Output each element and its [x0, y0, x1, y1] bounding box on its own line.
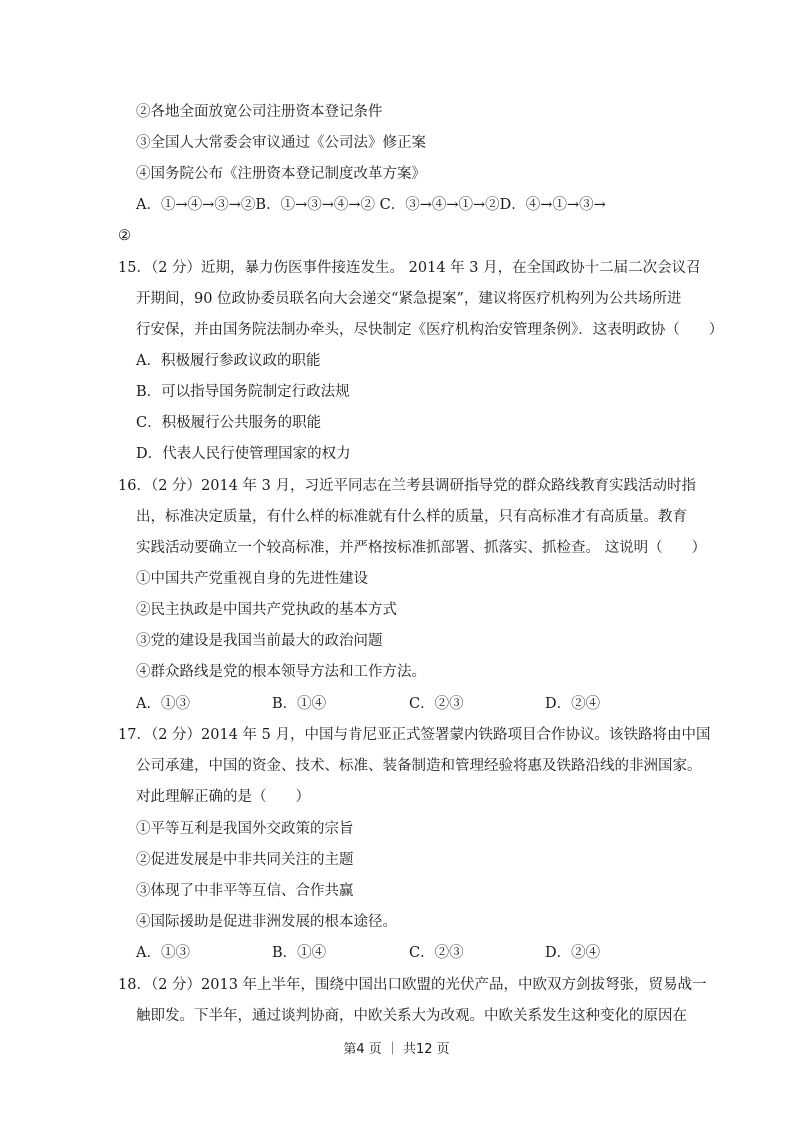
q16-item-4: ④群众路线是党的根本领导方法和工作方法。 — [136, 662, 426, 682]
q17-option-a[interactable]: A．①③ — [136, 943, 190, 963]
q16-option-c[interactable]: C．②③ — [409, 694, 464, 714]
q14-options-wrap: ② — [118, 226, 131, 246]
q18-stem-line-2: 触即发。下半年，通过谈判协商，中欧关系大为改观。中欧关系发生这种变化的原因在 — [136, 1006, 675, 1026]
q17-option-d[interactable]: D．②④ — [545, 943, 600, 963]
q14-item-4: ④国务院公布《注册资本登记制度改革方案》 — [136, 164, 426, 184]
q15-option-a[interactable]: A．积极履行参政议政的职能 — [136, 351, 320, 371]
q17-item-1: ①平等互利是我国外交政策的宗旨 — [136, 819, 354, 839]
q15-stem-line-2: 开期间，90 位政协委员联名向大会递交“紧急提案”，建议将医疗机构列为公共场所进 — [136, 289, 675, 309]
q16-item-3: ③党的建设是我国当前最大的政治问题 — [136, 631, 383, 651]
q17-item-4: ④国际援助是促进非洲发展的根本途径。 — [136, 912, 397, 932]
q16-option-d[interactable]: D．②④ — [545, 694, 600, 714]
q17-item-3: ③体现了中非平等互信、合作共赢 — [136, 881, 354, 901]
page-footer: 第4 页 ｜ 共12 页 — [0, 1038, 793, 1057]
q16-stem-line-2: 出，标准决定质量，有什么样的标准就有什么样的质量，只有高标准才有高质量。教育 — [136, 507, 675, 527]
q16-option-a[interactable]: A．①③ — [136, 694, 190, 714]
q16-item-1: ①中国共产党重视自身的先进性建设 — [136, 569, 368, 589]
q14-item-2: ②各地全面放宽公司注册资本登记条件 — [136, 102, 383, 122]
q15-option-b[interactable]: B．可以指导国务院制定行政法规 — [136, 382, 350, 402]
q17-option-c[interactable]: C．②③ — [409, 943, 464, 963]
q15-stem-line-1: 15．（2 分）近期，暴力伤医事件接连发生。 2014 年 3 月，在全国政协十… — [118, 258, 675, 278]
q14-options: A．①→④→③→②B．①→③→④→② C．③→④→①→②D．④→①→③→ — [136, 195, 606, 215]
q16-stem-line-3: 实践活动要确立一个较高标准，并严格按标准抓部署、抓落实、抓检查。 这说明（ ） — [136, 538, 675, 558]
q16-stem-line-1: 16．（2 分）2014 年 3 月，习近平同志在兰考县调研指导党的群众路线教育… — [118, 476, 675, 496]
q16-option-b[interactable]: B．①④ — [272, 694, 326, 714]
q17-option-b[interactable]: B．①④ — [272, 943, 326, 963]
q17-stem-line-2: 公司承建，中国的资金、技术、标准、装备制造和管理经验将惠及铁路沿线的非洲国家。 — [136, 756, 675, 776]
q15-option-d[interactable]: D．代表人民行使管理国家的权力 — [136, 444, 351, 464]
q16-item-2: ②民主执政是中国共产党执政的基本方式 — [136, 600, 397, 620]
q17-stem-line-1: 17．（2 分）2014 年 5 月，中国与肯尼亚正式签署蒙内铁路项目合作协议。… — [118, 725, 675, 745]
q17-item-2: ②促进发展是中非共同关注的主题 — [136, 850, 354, 870]
q14-item-3: ③全国人大常委会审议通过《公司法》修正案 — [136, 133, 426, 153]
q15-stem-line-3: 行安保，并由国务院法制办牵头，尽快制定《医疗机构治安管理条例》．这表明政协（ ） — [136, 320, 675, 340]
q18-stem-line-1: 18．（2 分）2013 年上半年，围绕中国出口欧盟的光伏产品，中欧双方剑拔弩张… — [118, 975, 675, 995]
q15-option-c[interactable]: C．积极履行公共服务的职能 — [136, 413, 321, 433]
q17-stem-line-3: 对此理解正确的是（ ） — [136, 787, 310, 807]
